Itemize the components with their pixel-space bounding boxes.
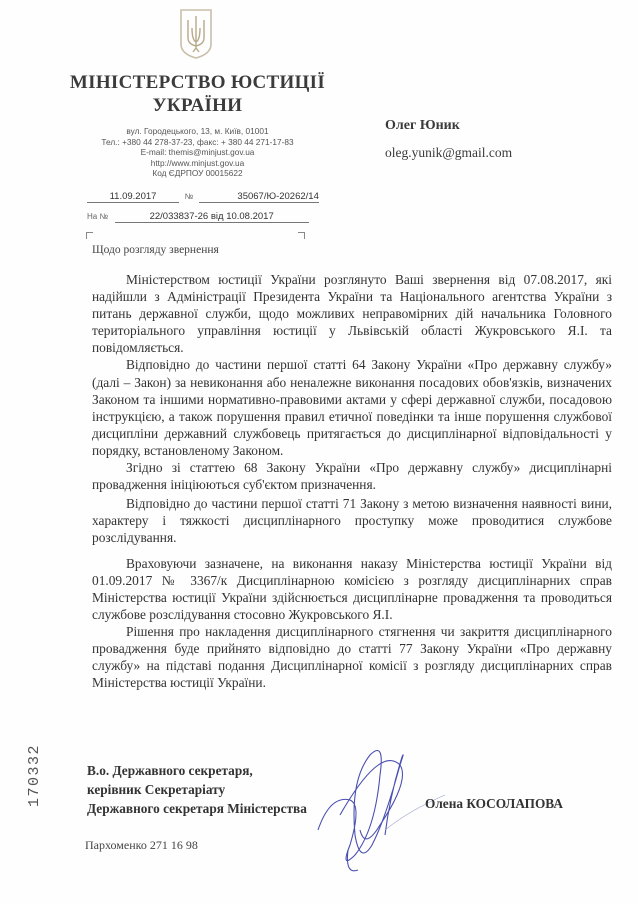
recipient-name: Олег Юник <box>385 118 460 134</box>
address-email: E-mail: themis@minjust.gov.ua <box>60 147 335 158</box>
signer-name: Олена КОСОЛАПОВА <box>425 796 563 812</box>
ministry-title-line2: УКРАЇНИ <box>60 95 335 117</box>
outgoing-registration: 11.09.2017 № 35067/Ю-20262/14 <box>87 191 319 203</box>
registry-number: 170332 <box>26 744 43 807</box>
position-line: Державного секретаря Міністерства <box>87 800 307 819</box>
body-paragraph: Міністерством юстиції України розглянуто… <box>92 271 612 356</box>
reply-number: 22/033837-26 від 10.08.2017 <box>115 211 309 223</box>
address-phone: Тел.: +380 44 278-37-23, факс: + 380 44 … <box>60 137 335 148</box>
reply-label: На № <box>87 212 108 221</box>
ukraine-trident-icon <box>178 8 214 60</box>
ministry-title-line1: МІНІСТЕРСТВО ЮСТИЦІЇ <box>60 72 335 94</box>
executor-contact: Пархоменко 271 16 98 <box>85 838 198 853</box>
address-website: http://www.minjust.gov.ua <box>60 158 335 169</box>
reply-reference: На № 22/033837-26 від 10.08.2017 <box>87 211 309 223</box>
ministry-address-block: вул. Городецького, 13, м. Київ, 01001 Те… <box>60 126 335 179</box>
number-label: № <box>185 192 194 201</box>
subject-line: Щодо розгляду звернення <box>92 244 219 256</box>
body-paragraph: Згідно зі статтею 68 Закону України «Про… <box>92 459 612 493</box>
position-line: керівник Секретаріату <box>87 781 307 800</box>
body-paragraph: Відповідно до частини першої статті 64 З… <box>92 356 612 459</box>
letter-body: Міністерством юстиції України розглянуто… <box>92 271 612 691</box>
outgoing-number: 35067/Ю-20262/14 <box>199 191 319 203</box>
subject-bracket-right <box>298 232 305 239</box>
position-line: В.о. Державного секретаря, <box>87 762 307 781</box>
address-street: вул. Городецького, 13, м. Київ, 01001 <box>60 126 335 137</box>
signatory-position: В.о. Державного секретаря, керівник Секр… <box>87 762 307 818</box>
body-paragraph: Відповідно до частини першої статті 71 З… <box>92 495 612 546</box>
subject-bracket-left <box>86 232 93 239</box>
body-paragraph: Враховуючи зазначене, на виконання наказ… <box>92 555 612 623</box>
outgoing-date: 11.09.2017 <box>87 191 179 203</box>
recipient-email: oleg.yunik@gmail.com <box>385 145 512 161</box>
body-paragraph: Рішення про накладення дисциплінарного с… <box>92 623 612 691</box>
address-edrpou: Код ЄДРПОУ 00015622 <box>60 168 335 179</box>
